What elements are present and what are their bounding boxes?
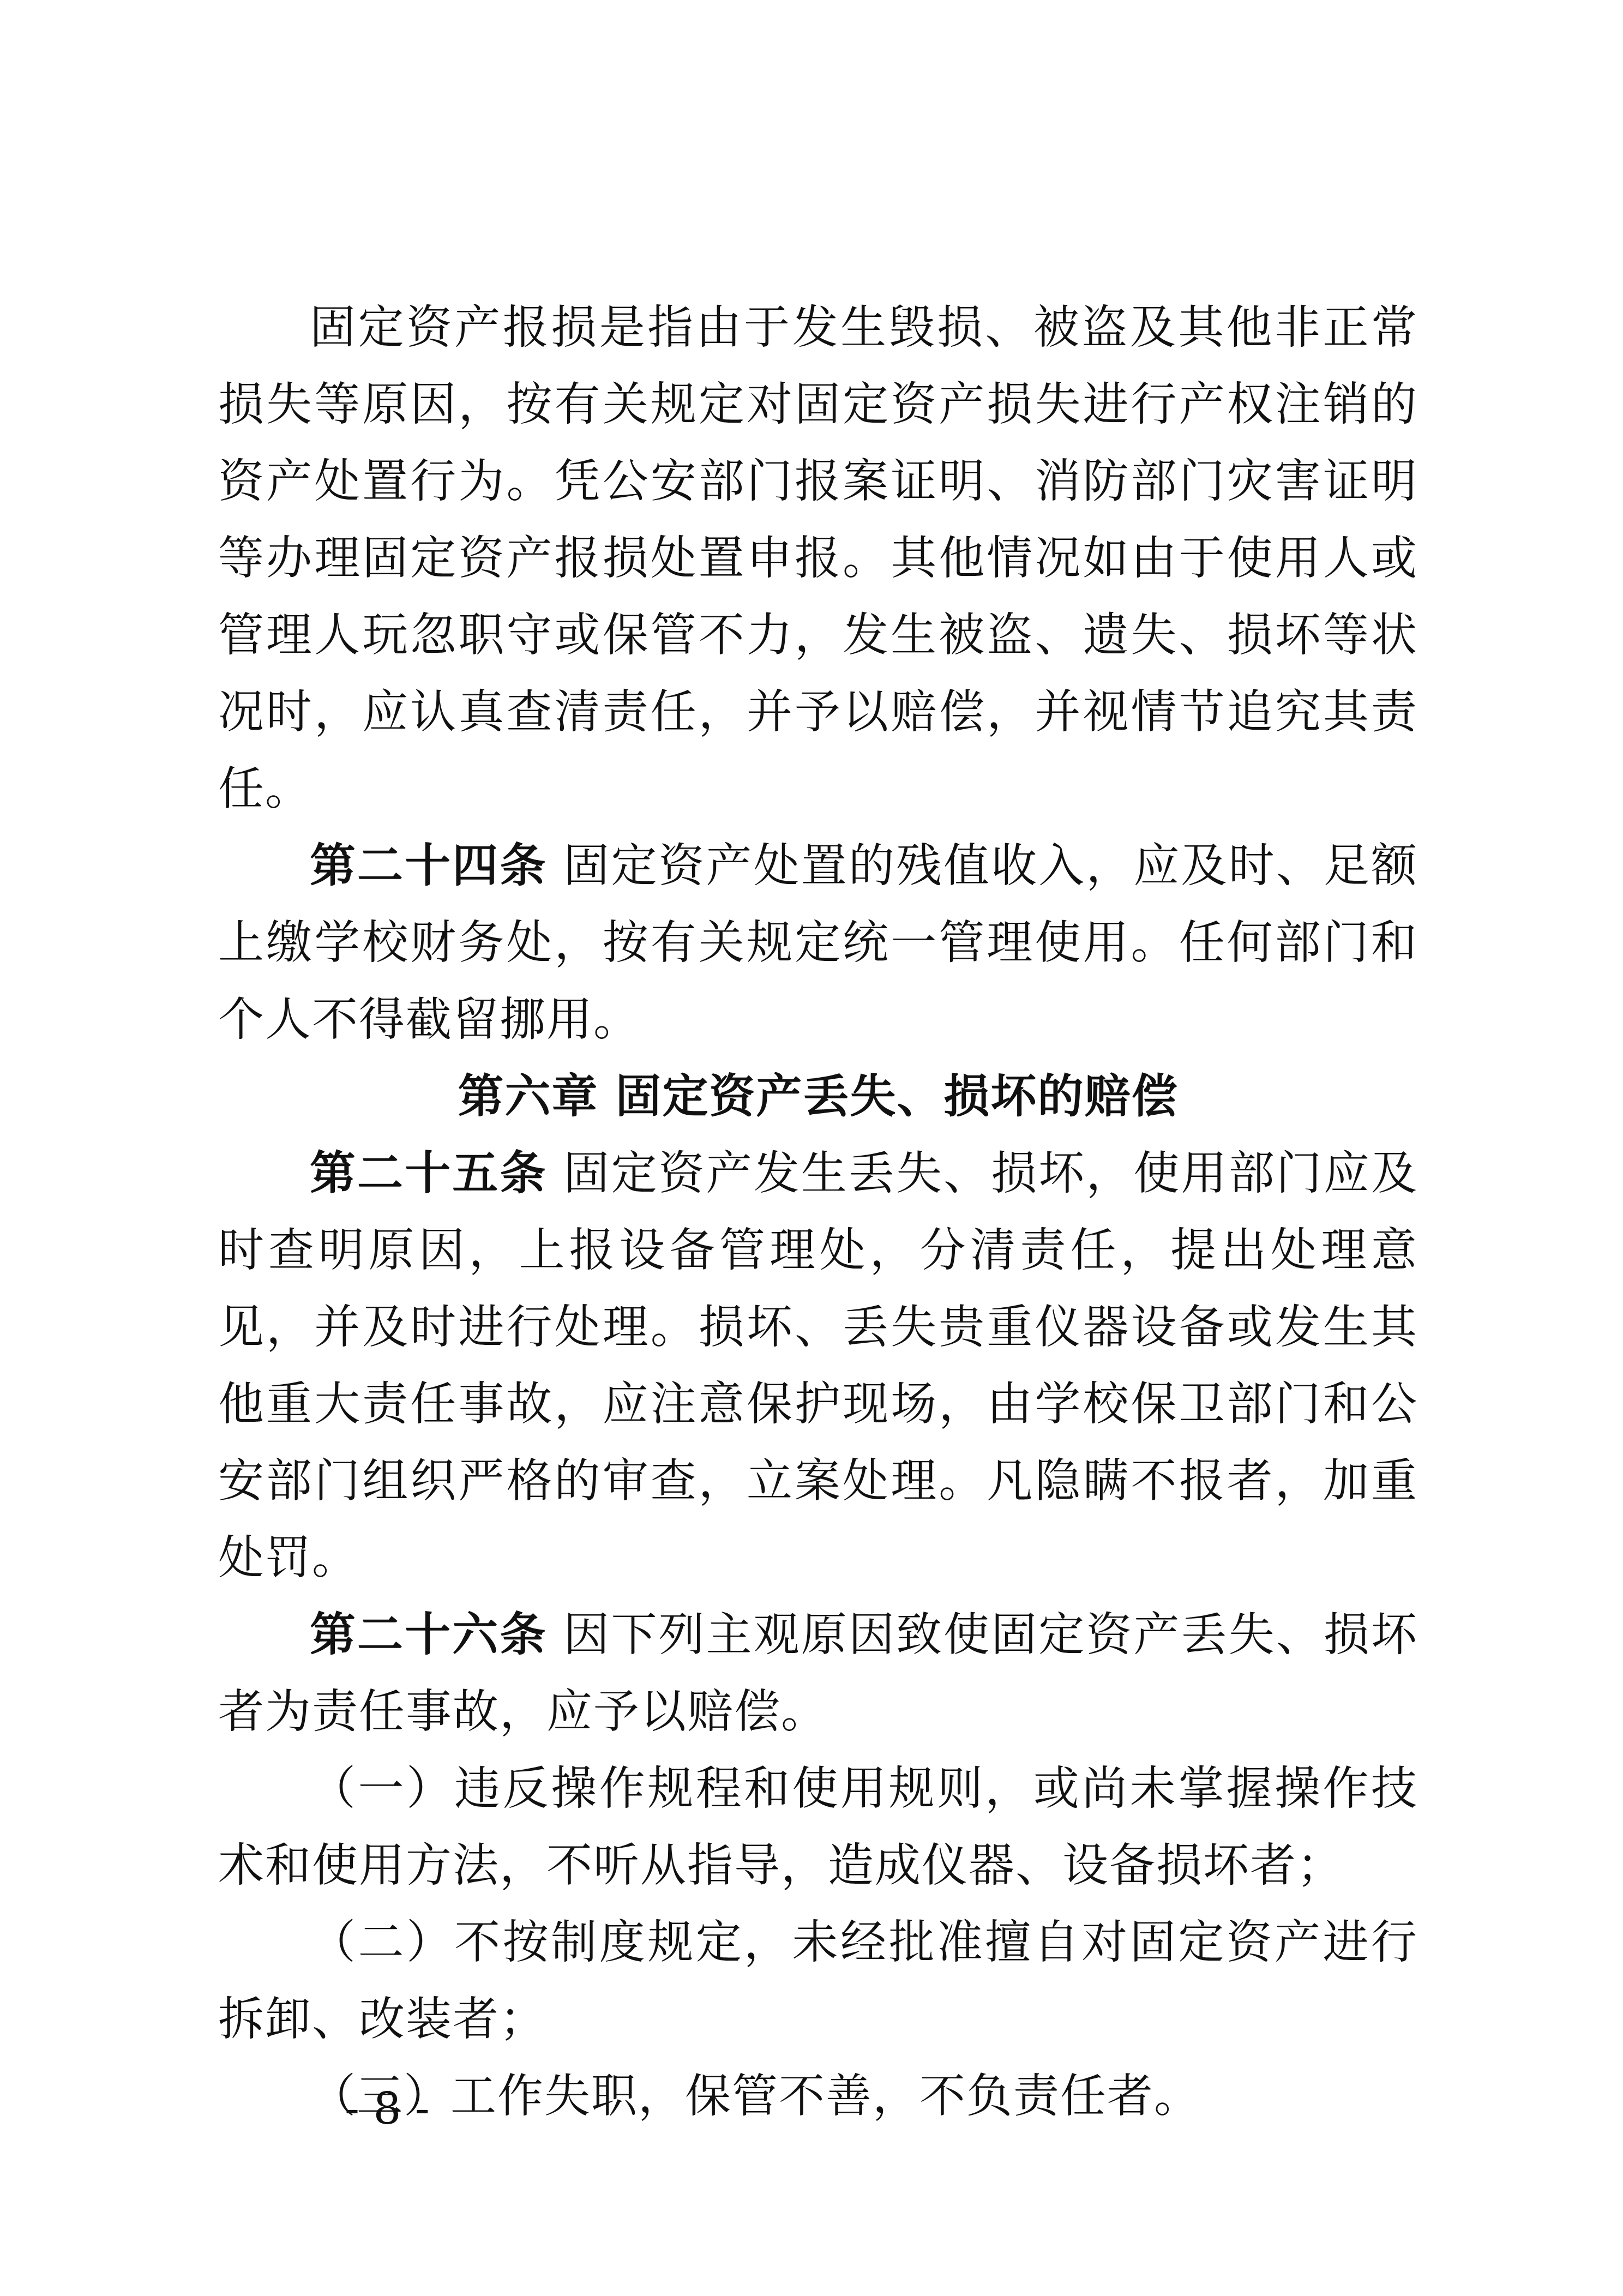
article-24: 第二十四条 固定资产处置的残值收入，应及时、足额上缴学校财务处，按有关规定统一管… (218, 827, 1418, 1058)
article-24-label: 第二十四条 (310, 839, 548, 892)
paragraph-asset-write-off: 固定资产报损是指由于发生毁损、被盗及其他非正常损失等原因，按有关规定对固定资产损… (218, 289, 1418, 827)
article-25: 第二十五条 固定资产发生丢失、损坏，使用部门应及时查明原因，上报设备管理处，分清… (218, 1135, 1418, 1596)
article-26-label: 第二十六条 (310, 1608, 548, 1661)
document-page: 固定资产报损是指由于发生毁损、被盗及其他非正常损失等原因，按有关规定对固定资产损… (218, 289, 1418, 2135)
article-26-item-1: （一）违反操作规程和使用规则，或尚未掌握操作技术和使用方法，不听从指导，造成仪器… (218, 1750, 1418, 1904)
page-number: - 8 - (327, 2083, 447, 2134)
article-26-item-2: （二）不按制度规定，未经批准擅自对固定资产进行拆卸、改装者； (218, 1904, 1418, 2058)
article-25-text: 固定资产发生丢失、损坏，使用部门应及时查明原因，上报设备管理处，分清责任，提出处… (218, 1146, 1418, 1584)
article-26: 第二十六条 因下列主观原因致使固定资产丢失、损坏者为责任事故，应予以赔偿。 (218, 1596, 1418, 1750)
article-25-label: 第二十五条 (310, 1146, 548, 1200)
chapter-6-heading: 第六章 固定资产丢失、损坏的赔偿 (218, 1058, 1418, 1135)
